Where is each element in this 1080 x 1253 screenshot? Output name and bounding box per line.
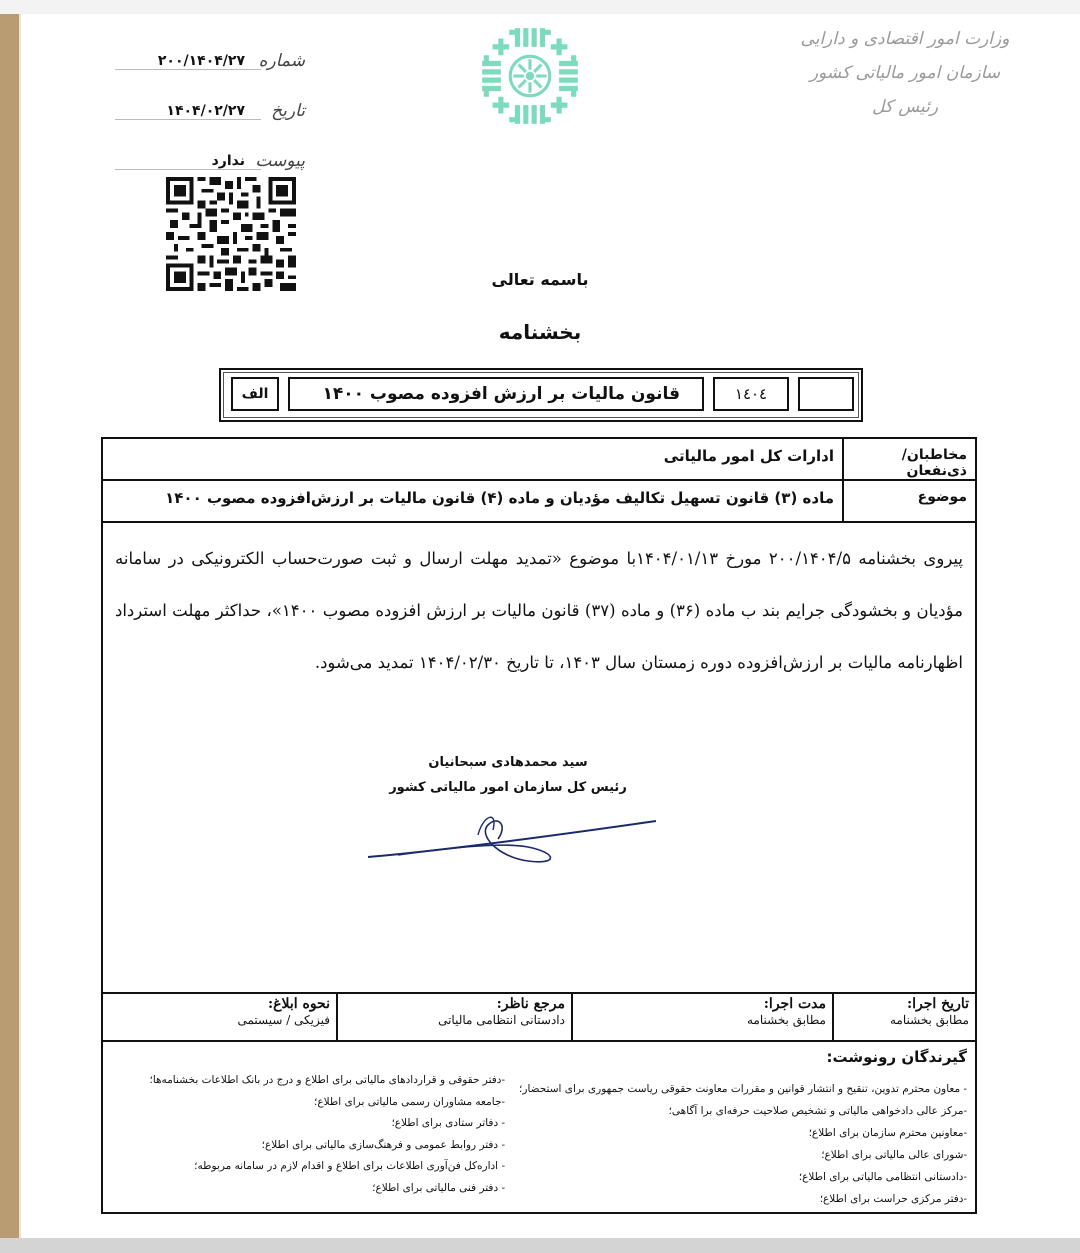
audience-label: مخاطبان/ذی‌نفعان [842,439,975,479]
attachment-value: ندارد [208,153,249,169]
notification-cell: نحوه ابلاغ: فیزیکی / سیستمی [103,994,336,1040]
cc-item: -دفتر حقوقی و قراردادهای مالیاتی برای اط… [105,1070,505,1092]
subject-label: موضوع [842,481,975,521]
number-label: شماره [261,51,305,71]
bottom-strip [0,1238,1080,1253]
document-type-title: بخشنامه [0,320,1080,344]
cc-item: - اداره‌کل فن‌آوری اطلاعات برای اطلاع و … [105,1156,505,1178]
audience-row: مخاطبان/ذی‌نفعان ادارات کل امور مالیاتی [103,439,975,481]
subject-value: ماده (۳) قانون تسهیل تکالیف مؤدیان و ماد… [103,481,842,521]
duration-label: مدت اجرا: [573,996,826,1012]
duration-value: مطابق بخشنامه [573,1013,826,1027]
cc-title: گیرندگان رونوشت: [827,1048,967,1066]
date-label: تاریخ [261,101,305,121]
exec-date-value: مطابق بخشنامه [834,1013,969,1027]
audience-value: ادارات کل امور مالیاتی [103,439,842,479]
organization-name: سازمان امور مالیاتی کشور [790,56,1020,90]
office-name: رئیس کل [790,90,1020,124]
classification-series: الف [231,377,279,411]
classification-empty-cell [798,377,854,411]
signature-icon [358,795,658,865]
classification-law-title: قانون مالیات بر ارزش افزوده مصوب ۱۴۰۰ [288,377,704,411]
duration-cell: مدت اجرا: مطابق بخشنامه [571,994,832,1040]
ministry-name: وزارت امور اقتصادی و دارایی [790,22,1020,56]
supervisor-cell: مرجع ناظر: دادستانی انتظامی مالیاتی [336,994,571,1040]
cc-item: -جامعه مشاوران رسمی مالیاتی برای اطلاع؛ [105,1092,505,1114]
exec-date-cell: تاریخ اجرا: مطابق بخشنامه [832,994,975,1040]
date-value: ۱۴۰۴/۰۲/۲۷ [162,103,249,119]
supervisor-label: مرجع ناظر: [338,996,565,1012]
number-value: ۲۰۰/۱۴۰۴/۲۷ [154,53,249,69]
body-text: پیروی بخشنامه ۲۰۰/۱۴۰۴/۵ مورخ ۱۴۰۴/۰۱/۱۳… [103,523,975,689]
cc-left-column: -دفتر حقوقی و قراردادهای مالیاتی برای اط… [105,1070,505,1199]
execution-info-row: تاریخ اجرا: مطابق بخشنامه مدت اجرا: مطاب… [103,994,975,1042]
classification-box: ١٤٠٤ قانون مالیات بر ارزش افزوده مصوب ۱۴… [219,368,863,422]
document-edge [0,14,21,1238]
invocation: باسمه تعالی [0,270,1080,289]
cc-item: -معاونین محترم سازمان برای اطلاع؛ [527,1122,967,1144]
supervisor-value: دادستانی انتظامی مالیاتی [338,1013,565,1027]
cc-recipients: گیرندگان رونوشت: - معاون محترم تدوین، تن… [103,1042,975,1212]
tax-organization-logo-icon [478,24,582,128]
signatory-name: سید محمدهادی سبحانیان [358,755,658,770]
classification-year: ١٤٠٤ [713,377,789,411]
cc-item: -مرکز عالی دادخواهی مالیاتی و تشخیص صلاح… [527,1100,967,1122]
cc-item: -دفتر مرکزی حراست برای اطلاع؛ [527,1188,967,1210]
circular-body: پیروی بخشنامه ۲۰۰/۱۴۰۴/۵ مورخ ۱۴۰۴/۰۱/۱۳… [103,523,975,994]
notification-value: فیزیکی / سیستمی [103,1013,330,1027]
subject-row: موضوع ماده (۳) قانون تسهیل تکالیف مؤدیان… [103,481,975,523]
signatory-title: رئیس کل سازمان امور مالیاتی کشور [358,780,658,795]
signature-block: سید محمدهادی سبحانیان رئیس کل سازمان امو… [358,755,658,795]
cc-item: - دفتر فنی مالیاتی برای اطلاع؛ [105,1178,505,1200]
top-strip [0,0,1080,14]
attachment-label: پیوست [261,151,305,171]
number-row: شماره ۲۰۰/۱۴۰۴/۲۷ [115,36,305,86]
letterhead: وزارت امور اقتصادی و دارایی سازمان امور … [790,22,1020,124]
cc-item: - معاون محترم تدوین، تنقیح و انتشار قوان… [527,1078,967,1100]
cc-item: - دفاتر ستادی برای اطلاع؛ [105,1113,505,1135]
notification-label: نحوه ابلاغ: [103,996,330,1012]
date-row: تاریخ ۱۴۰۴/۰۲/۲۷ [115,86,305,136]
letter-meta: شماره ۲۰۰/۱۴۰۴/۲۷ تاریخ ۱۴۰۴/۰۲/۲۷ پیوست… [115,36,305,186]
cc-right-column: - معاون محترم تدوین، تنقیح و انتشار قوان… [527,1078,967,1210]
exec-date-label: تاریخ اجرا: [834,996,969,1012]
circular-table: مخاطبان/ذی‌نفعان ادارات کل امور مالیاتی … [101,437,977,1214]
cc-item: -دادستانی انتظامی مالیاتی برای اطلاع؛ [527,1166,967,1188]
cc-item: -شورای عالی مالیاتی برای اطلاع؛ [527,1144,967,1166]
cc-item: - دفتر روابط عمومی و فرهنگ‌سازی مالیاتی … [105,1135,505,1157]
